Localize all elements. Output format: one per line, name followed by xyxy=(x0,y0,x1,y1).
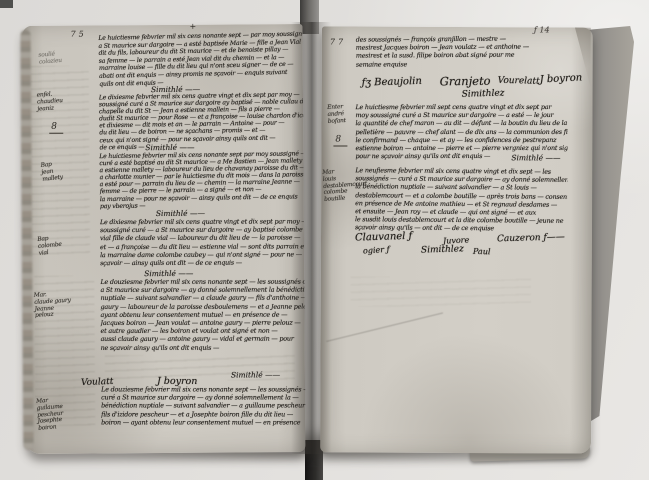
signature-boyron: J boyron xyxy=(539,72,582,85)
manuscript-line: vial xyxy=(38,248,62,257)
notary-flourish: Simithlé —— xyxy=(511,153,560,162)
manuscript-line: le confirmand — chaque — et ay — les con… xyxy=(355,136,567,144)
margin-note: MarguilaumepescheurJosephteboiron xyxy=(36,397,65,433)
notary-flourish: Simithlé —— xyxy=(231,370,280,379)
signature-clauvanel: Clauvanel ƒ xyxy=(355,231,413,244)
manuscript-line: la quantité de chef maron — au dit — déf… xyxy=(355,119,567,127)
register-entry: Le huictiesme febvrier mil six cens nona… xyxy=(99,150,304,210)
signature-simithlez: Simithlez xyxy=(461,88,504,99)
register-entry: Le huictiesme febvrier mil six cens nona… xyxy=(98,31,303,88)
register-entry: Le dixiesme febvrier mil six cens quatre… xyxy=(100,217,304,267)
page-stack-edge xyxy=(586,26,634,424)
signature-ogier: ogier ƒ xyxy=(363,245,390,256)
margin-mark-8: 8 xyxy=(333,134,347,146)
signature-cauzeron: Cauzeron ƒ—— xyxy=(497,232,565,244)
folio-number-right: 77 xyxy=(330,37,346,46)
margin-note: enfel.chaudieujeaniz xyxy=(36,91,63,113)
left-page: 75 + souliécolozieu enfel.chaudieujeaniz… xyxy=(23,24,306,454)
notary-flourish: Simithlé —— xyxy=(145,143,194,152)
signature-beaujolin: ƒʒ Beaujolin xyxy=(362,76,422,89)
cross-mark: + xyxy=(189,22,196,31)
manuscript-line: aussi claude gaury — antoine gaury — vid… xyxy=(101,335,305,344)
binding-strap-top xyxy=(300,0,319,34)
manuscript-line: boiron xyxy=(38,424,65,433)
manuscript-line: mallety xyxy=(42,174,63,183)
manuscript-line: boiron — ayant obtenu leur consentement … xyxy=(101,419,305,427)
manuscript-line: nuptiale — suivant salvandier — a claude… xyxy=(100,294,304,303)
register-entry: Le douziesme febvrier mil six cens nonan… xyxy=(101,386,305,427)
manuscript-line: sçavoir — ainsy quils ont dit — de ce en… xyxy=(100,258,304,267)
margin-mark-8: 8 xyxy=(49,122,63,134)
bleed-through-texture xyxy=(351,277,531,308)
register-entry: Le neufiesme febvrier mil six cens quatr… xyxy=(355,166,568,233)
signature-paul: Paul xyxy=(473,247,491,256)
paper-crease xyxy=(326,312,443,341)
manuscript-line: bénédiction nuptiale — suivant salvandie… xyxy=(101,402,305,410)
manuscript-line: vial fille de claude vial — laboureur du… xyxy=(100,234,304,243)
notary-flourish: Simithlé —— xyxy=(144,269,193,278)
manuscript-line: Le douziesme febvrier mil six cens nonan… xyxy=(101,386,305,394)
register-entry: Le dixiesme febvrier mil six cens quatre… xyxy=(99,91,304,151)
register-entry: Le huictiesme febvrier mil sept cens qua… xyxy=(355,103,567,161)
margin-note: souliécolozieu xyxy=(38,51,62,66)
signature-granjeto: Granjeto xyxy=(440,74,491,89)
scan-corner-artifact xyxy=(0,0,13,8)
register-entry: Le douziesme febvrier mil six cens nonan… xyxy=(100,278,304,352)
signature-simithlez: Simithlez xyxy=(421,244,464,255)
notary-flourish: Simithlé —— xyxy=(156,209,205,218)
signature-vourelatt: Vourelatt xyxy=(498,76,540,87)
manuscript-line: jeaniz xyxy=(37,105,63,113)
manuscript-scan: 75 + souliécolozieu enfel.chaudieujeaniz… xyxy=(0,0,649,480)
margin-note: Mar.claude gauryJeannepelouz xyxy=(34,291,72,320)
register-entry: des soussignés — françois granjillon — m… xyxy=(356,34,556,68)
manuscript-line: pelletière — pauvre — chef alant — de di… xyxy=(355,128,567,136)
manuscript-line: ne sçavoir ainsy qu'ils ont dit enquis — xyxy=(101,343,305,352)
manuscript-line: colozieu xyxy=(39,58,62,67)
manuscript-line: pelouz xyxy=(35,311,72,320)
margin-note: Bapjeanmallety xyxy=(40,161,63,184)
manuscript-line: fils d'izidore pescheur — et a Josephte … xyxy=(101,410,305,418)
manuscript-line: semaine enquise xyxy=(356,59,556,68)
manuscript-line: bofant xyxy=(328,118,346,126)
folio-number-left: 75 xyxy=(71,30,87,39)
margin-note: Bapcolombevial xyxy=(37,235,63,258)
right-page: 77 ƒ 14 Enterandrébofant 8 Marlouisdesta… xyxy=(320,26,593,453)
corner-paraph: ƒ 14 xyxy=(534,25,550,34)
manuscript-line: gaury — laboureur de la paroisse desboul… xyxy=(101,302,305,311)
margin-note: Enterandrébofant xyxy=(327,104,346,125)
